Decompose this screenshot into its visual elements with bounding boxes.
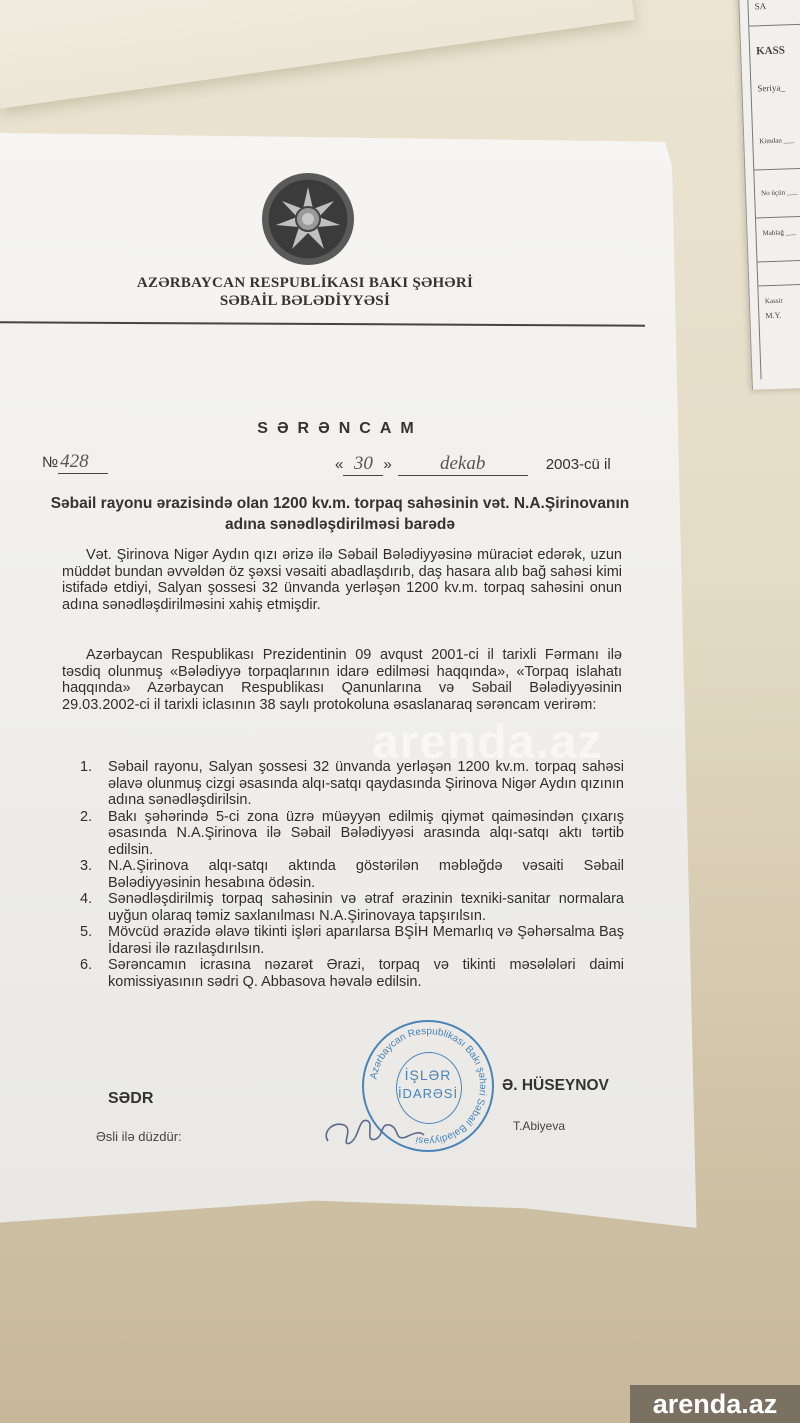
date-year: 2003-cü il	[546, 456, 611, 473]
receipt-field: Məbləğ ___	[762, 228, 796, 237]
decree-subject: Səbail rayonu ərazisində olan 1200 kv.m.…	[40, 493, 640, 535]
list-item: 5.Mövcüd ərazidə əlavə tikinti işləri ap…	[80, 924, 624, 957]
brand-watermark-badge: arenda.az	[630, 1385, 800, 1423]
receipt-field: M.Y.	[765, 311, 781, 321]
decree-document: AZƏRBAYCAN RESPUBLİKASI BAKI ŞƏHƏRİ SƏBA…	[0, 133, 700, 1228]
receipt-field: Kassir	[765, 297, 783, 306]
paragraph-request: Vət. Şirinova Nigər Aydın qızı ərizə ilə…	[62, 547, 622, 613]
stamp-text-line2: İDARƏSİ	[362, 1086, 494, 1101]
list-item: 4.Sənədləşdirilmiş torpaq sahəsinin və ə…	[80, 891, 624, 924]
number-prefix: №	[42, 454, 58, 471]
certifier-name: T.Abiyeva	[513, 1119, 565, 1133]
signatory-title: SƏDR	[108, 1090, 153, 1108]
handwritten-number: 428	[60, 451, 89, 472]
list-item: 2.Bakı şəhərində 5-ci zona üzrə müəyyən …	[80, 809, 624, 859]
receipt-header: SA	[754, 1, 766, 11]
receipt-title: KASS	[756, 44, 785, 57]
receipt-field: Kimdən ___	[759, 136, 794, 145]
organization-name-line1: AZƏRBAYCAN RESPUBLİKASI BAKI ŞƏHƏRİ	[0, 275, 610, 292]
handwritten-month: dekab	[440, 453, 485, 474]
list-item: 3.N.A.Şirinova alqı-satqı aktında göstər…	[80, 858, 624, 891]
watermark: arenda.az	[372, 715, 602, 770]
stamp-text-line1: İŞLƏR	[362, 1067, 494, 1083]
certification-label: Əsli ilə düzdür:	[96, 1129, 182, 1144]
background-paper	[0, 0, 635, 109]
coat-of-arms-emblem-icon	[262, 173, 354, 265]
receipt-field: Seriya_	[757, 82, 785, 93]
document-title: SƏRƏNCAM	[0, 420, 680, 438]
decree-date: «30»dekab2003-cü il	[335, 453, 611, 476]
receipt-field: No üçün ___	[761, 188, 797, 197]
receipt-slip: SA KASS Seriya_ Kimdən ___ No üçün ___ M…	[738, 0, 800, 390]
header-divider	[0, 321, 645, 326]
list-item: 6.Sərəncamın icrasına nəzarət Ərazi, tor…	[80, 957, 624, 990]
handwritten-day: 30	[354, 453, 373, 474]
decree-number: №428	[42, 451, 108, 474]
decree-items-list: 1.Səbail rayonu, Salyan şossesi 32 ünvan…	[80, 759, 624, 990]
signatory-name: Ə. HÜSEYNOV	[502, 1077, 609, 1095]
paragraph-legal-basis: Azərbaycan Respublikası Prezidentinin 09…	[62, 647, 622, 713]
organization-name-line2: SƏBAİL BƏLƏDİYYƏSİ	[0, 293, 610, 310]
signature-icon	[320, 1103, 430, 1158]
